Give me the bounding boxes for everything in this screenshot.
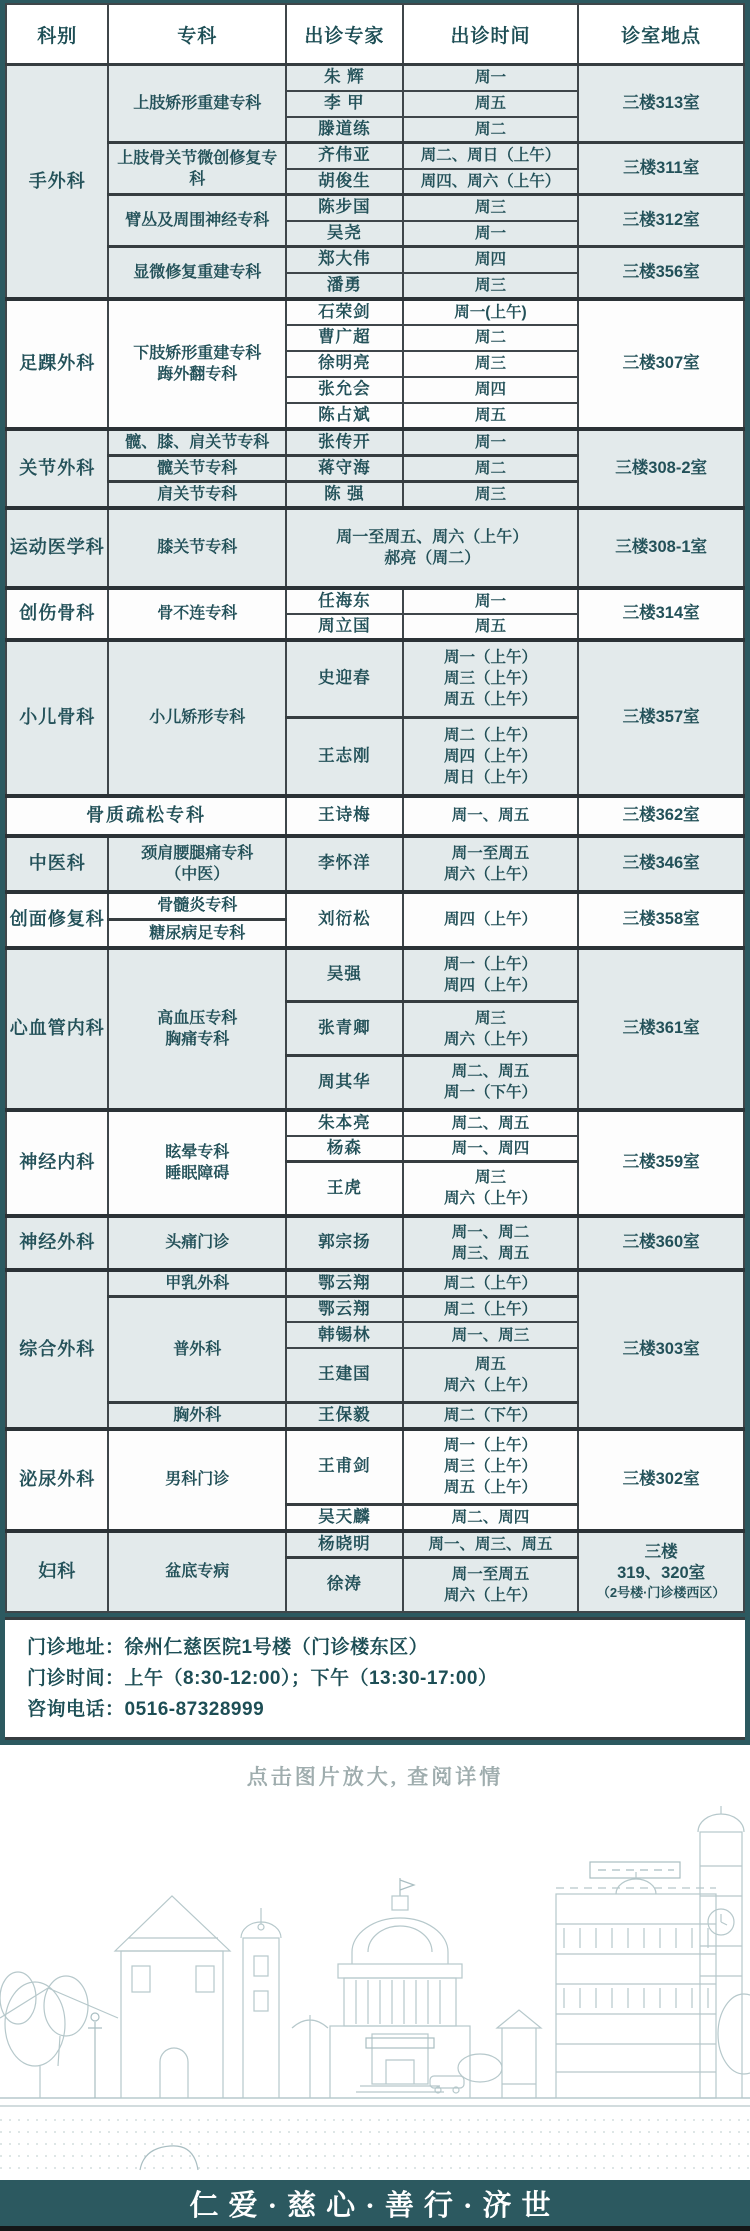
time-cell: 周二 — [403, 455, 579, 481]
dept-cell: 泌尿外科 — [6, 1429, 108, 1532]
spec-cell: 盆底专病 — [108, 1531, 286, 1612]
dept-cell: 神经外科 — [6, 1216, 108, 1270]
name-cell: 王诗梅 — [286, 796, 402, 836]
time-cell: 周一（上午）周三（上午）周五（上午） — [403, 1429, 579, 1505]
name-cell: 史迎春 — [286, 640, 402, 718]
name-cell: 王建国 — [286, 1348, 402, 1402]
time-cell: 周一（上午）周四（上午） — [403, 948, 579, 1002]
name-cell: 鄂云翔 — [286, 1270, 402, 1297]
time-cell: 周一(上午) — [403, 299, 579, 325]
name-cell: 张传开 — [286, 429, 402, 456]
name-cell: 郑大伟 — [286, 247, 402, 273]
schedule-table-area: 科别专科出诊专家出诊时间诊室地点手外科上肢矫形重建专科朱 辉周一三楼313室李 … — [0, 0, 750, 1745]
name-cell: 刘衍松 — [286, 892, 402, 948]
spec-cell: 小儿矫形专科 — [108, 640, 286, 796]
room-cell: 三楼312室 — [578, 195, 744, 247]
dept-cell: 创伤骨科 — [6, 588, 108, 640]
room-cell: 三楼359室 — [578, 1110, 744, 1216]
room-cell: 三楼319、320室（2号楼·门诊楼西区） — [578, 1531, 744, 1612]
time-cell: 周二 — [403, 325, 579, 351]
name-cell: 陈 强 — [286, 481, 402, 508]
dept-cell: 妇科 — [6, 1531, 108, 1612]
spec-cell: 糖尿病足专科 — [108, 920, 286, 948]
time-cell: 周一 — [403, 65, 579, 91]
room-cell: 三楼357室 — [578, 640, 744, 796]
name-cell: 杨晓明 — [286, 1531, 402, 1558]
name-cell: 李 甲 — [286, 91, 402, 117]
spec-cell: 胸外科 — [108, 1402, 286, 1429]
name-cell: 杨森 — [286, 1136, 402, 1162]
spec-cell: 头痛门诊 — [108, 1216, 286, 1270]
name-cell: 朱 辉 — [286, 65, 402, 91]
dept-cell: 手外科 — [6, 65, 108, 299]
name-cell: 朱本亮 — [286, 1110, 402, 1136]
time-cell: 周一、周三 — [403, 1322, 579, 1348]
deptspec-cell: 骨质疏松专科 — [6, 796, 286, 836]
dept-cell: 创面修复科 — [6, 892, 108, 948]
spec-cell: 臂丛及周围神经专科 — [108, 195, 286, 247]
name-cell: 王虎 — [286, 1162, 402, 1216]
name-cell: 吴强 — [286, 948, 402, 1002]
spec-cell: 髋关节专科 — [108, 455, 286, 481]
time-cell: 周一 — [403, 429, 579, 456]
dept-cell: 足踝外科 — [6, 299, 108, 429]
time-cell: 周二、周五周一（下午） — [403, 1056, 579, 1110]
spec-cell: 肩关节专科 — [108, 481, 286, 508]
room-cell: 三楼308-1室 — [578, 508, 744, 588]
time-cell: 周三 — [403, 195, 579, 221]
time-cell: 周一 — [403, 588, 579, 614]
spec-cell: 髋、膝、肩关节专科 — [108, 429, 286, 456]
name-cell: 王保毅 — [286, 1402, 402, 1429]
spec-cell: 男科门诊 — [108, 1429, 286, 1532]
time-cell: 周一、周二周三、周五 — [403, 1216, 579, 1270]
time-cell: 周三 — [403, 273, 579, 299]
room-cell: 三楼302室 — [578, 1429, 744, 1532]
room-cell: 三楼346室 — [578, 836, 744, 892]
time-cell: 周五 — [403, 403, 579, 429]
name-cell: 齐伟亚 — [286, 143, 402, 169]
clinic-phone-line: 咨询电话：0516-87328999 — [27, 1694, 735, 1725]
name-cell: 王甫剑 — [286, 1429, 402, 1505]
room-cell: 三楼356室 — [578, 247, 744, 299]
time-cell: 周四 — [403, 247, 579, 273]
column-header: 专科 — [108, 4, 286, 65]
column-header: 出诊时间 — [403, 4, 579, 65]
dept-cell: 神经内科 — [6, 1110, 108, 1216]
name-cell: 周立国 — [286, 614, 402, 640]
footer-bar: 仁爱·慈心·善行·济世 — [0, 2180, 750, 2226]
room-cell: 三楼313室 — [578, 65, 744, 143]
time-cell: 周一至周五周六（上午） — [403, 1558, 579, 1612]
name-cell: 张允会 — [286, 377, 402, 403]
time-cell: 周一、周五 — [403, 796, 579, 836]
name-cell: 韩锡林 — [286, 1322, 402, 1348]
time-cell: 周二（上午） — [403, 1296, 579, 1322]
time-cell: 周一 — [403, 221, 579, 247]
dept-cell: 心血管内科 — [6, 948, 108, 1110]
notes-box: 门诊地址：徐州仁慈医院1号楼（门诊楼东区） 门诊时间：上午（8:30-12:00… — [5, 1617, 745, 1740]
name-cell: 吴尧 — [286, 221, 402, 247]
time-cell: 周四（上午） — [403, 892, 579, 948]
name-cell: 徐明亮 — [286, 351, 402, 377]
dept-cell: 中医科 — [6, 836, 108, 892]
name-cell: 鄂云翔 — [286, 1296, 402, 1322]
time-cell: 周一（上午）周三（上午）周五（上午） — [403, 640, 579, 718]
time-cell: 周三周六（上午） — [403, 1162, 579, 1216]
time-cell: 周三周六（上午） — [403, 1002, 579, 1056]
time-cell: 周二、周四 — [403, 1505, 579, 1532]
room-cell: 三楼311室 — [578, 143, 744, 195]
time-cell: 周二 — [403, 117, 579, 143]
time-cell: 周二、周五 — [403, 1110, 579, 1136]
time-cell: 周五 — [403, 614, 579, 640]
schedule-poster: 科别专科出诊专家出诊时间诊室地点手外科上肢矫形重建专科朱 辉周一三楼313室李 … — [0, 0, 750, 2231]
room-cell: 三楼314室 — [578, 588, 744, 640]
time-cell: 周三 — [403, 351, 579, 377]
dept-cell: 运动医学科 — [6, 508, 108, 588]
name-cell: 郭宗扬 — [286, 1216, 402, 1270]
name-cell: 张青卿 — [286, 1002, 402, 1056]
time-cell: 周五周六（上午） — [403, 1348, 579, 1402]
clinic-hours-line: 门诊时间：上午（8:30-12:00）；下午（13:30-17:00） — [27, 1663, 735, 1694]
name-cell: 蒋守海 — [286, 455, 402, 481]
name-cell: 王志刚 — [286, 718, 402, 796]
clinic-address-line: 门诊地址：徐州仁慈医院1号楼（门诊楼东区） — [27, 1632, 735, 1663]
time-cell: 周二（下午） — [403, 1402, 579, 1429]
spec-cell: 甲乳外科 — [108, 1270, 286, 1297]
bottom-edge — [0, 2226, 750, 2231]
spec-cell: 显微修复重建专科 — [108, 247, 286, 299]
room-cell: 三楼307室 — [578, 299, 744, 429]
room-cell: 三楼361室 — [578, 948, 744, 1110]
column-header: 诊室地点 — [578, 4, 744, 65]
room-cell: 三楼362室 — [578, 796, 744, 836]
time-cell: 周五 — [403, 91, 579, 117]
spec-cell: 高血压专科胸痛专科 — [108, 948, 286, 1110]
spec-cell: 上肢骨关节微创修复专科 — [108, 143, 286, 195]
room-cell: 三楼308-2室 — [578, 429, 744, 508]
schedule-table: 科别专科出诊专家出诊时间诊室地点手外科上肢矫形重建专科朱 辉周一三楼313室李 … — [5, 3, 745, 1613]
motto-text: 仁爱·慈心·善行·济世 — [189, 2183, 560, 2224]
mergedtime-cell: 周一至周五、周六（上午）郝亮（周二） — [286, 508, 578, 588]
name-cell: 滕道练 — [286, 117, 402, 143]
dept-cell: 关节外科 — [6, 429, 108, 508]
time-cell: 周二（上午）周四（上午）周日（上午） — [403, 718, 579, 796]
name-cell: 胡俊生 — [286, 169, 402, 195]
name-cell: 石荣剑 — [286, 299, 402, 325]
name-cell: 李怀洋 — [286, 836, 402, 892]
name-cell: 曹广超 — [286, 325, 402, 351]
spec-cell: 骨不连专科 — [108, 588, 286, 640]
room-cell: 三楼360室 — [578, 1216, 744, 1270]
name-cell: 周其华 — [286, 1056, 402, 1110]
name-cell: 徐涛 — [286, 1558, 402, 1612]
sketch-area: 点击图片放大, 查阅详情 — [0, 1745, 750, 2181]
spec-cell: 上肢矫形重建专科 — [108, 65, 286, 143]
hospital-campus-sketch — [0, 1766, 750, 2180]
spec-cell: 下肢矫形重建专科踇外翻专科 — [108, 299, 286, 429]
time-cell: 周三 — [403, 481, 579, 508]
time-cell: 周四、周六（上午） — [403, 169, 579, 195]
spec-cell: 颈肩腰腿痛专科（中医） — [108, 836, 286, 892]
spec-cell: 普外科 — [108, 1296, 286, 1402]
name-cell: 潘勇 — [286, 273, 402, 299]
time-cell: 周二（上午） — [403, 1270, 579, 1297]
dept-cell: 小儿骨科 — [6, 640, 108, 796]
spec-cell: 骨髓炎专科 — [108, 892, 286, 920]
column-header: 科别 — [6, 4, 108, 65]
time-cell: 周一、周四 — [403, 1136, 579, 1162]
spec-cell: 眩晕专科睡眠障碍 — [108, 1110, 286, 1216]
spec-cell: 膝关节专科 — [108, 508, 286, 588]
name-cell: 陈步国 — [286, 195, 402, 221]
dept-cell: 综合外科 — [6, 1270, 108, 1429]
name-cell: 陈占斌 — [286, 403, 402, 429]
name-cell: 吴天麟 — [286, 1505, 402, 1532]
name-cell: 任海东 — [286, 588, 402, 614]
room-cell: 三楼303室 — [578, 1270, 744, 1429]
time-cell: 周一、周三、周五 — [403, 1531, 579, 1558]
time-cell: 周四 — [403, 377, 579, 403]
column-header: 出诊专家 — [286, 4, 402, 65]
time-cell: 周一至周五周六（上午） — [403, 836, 579, 892]
time-cell: 周二、周日（上午） — [403, 143, 579, 169]
room-cell: 三楼358室 — [578, 892, 744, 948]
